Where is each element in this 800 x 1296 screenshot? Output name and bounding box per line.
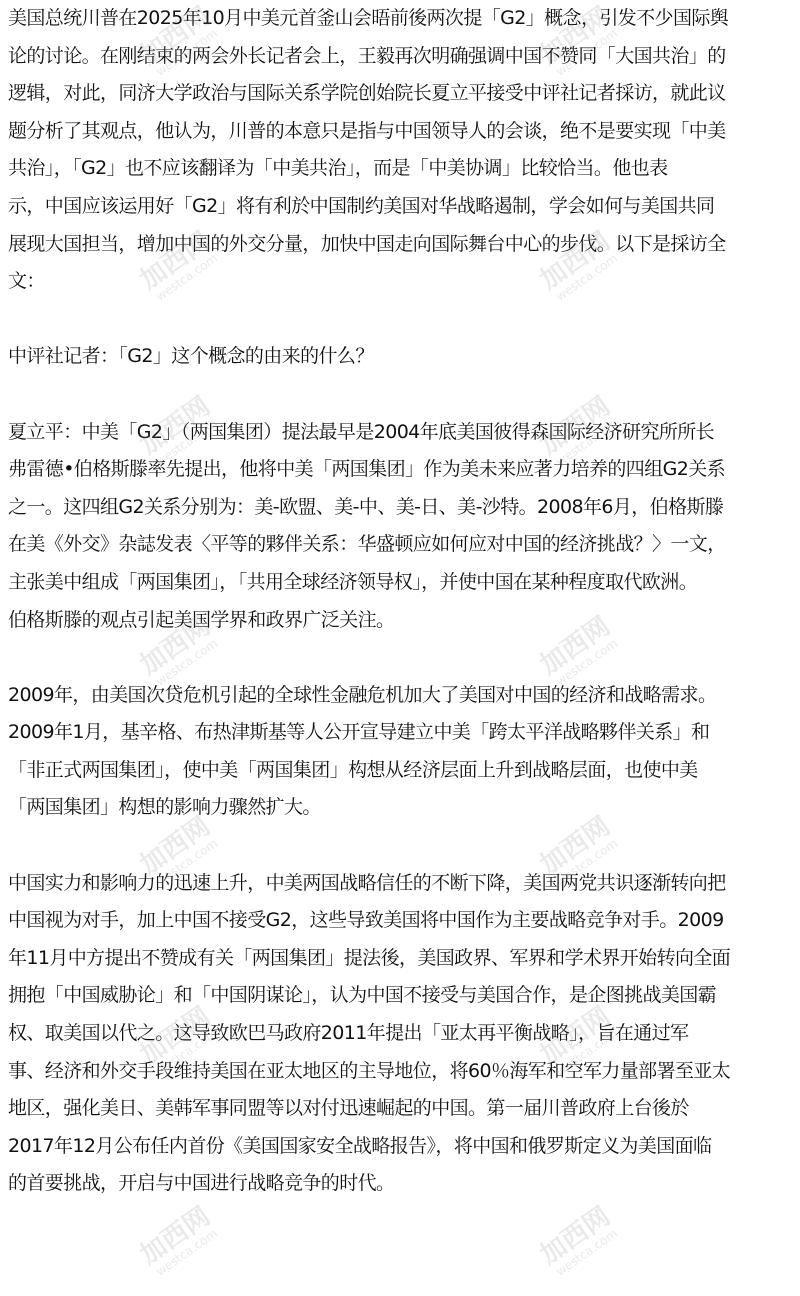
paragraph-strategic-competition: 中国实力和影响力的迅速上升，中美两国战略信任的不断下降，美国两党共识逐渐转向把 … xyxy=(8,865,798,1203)
text-line: 展现大国担当，增加中国的外交分量，加快中国走向国际舞台中心的步伐。以下是採访全 xyxy=(8,226,798,264)
text-line: 2009年1月，基辛格、布热津斯基等人公开宣导建立中美「跨太平洋战略夥伴关系」和 xyxy=(8,714,798,752)
text-line: 之一。这四组G2关系分别为：美-欧盟、美-中、美-日、美-沙特。2008年6月，… xyxy=(8,489,798,527)
text-line: 夏立平：中美「G2」（两国集团）提法最早是2004年底美国彼得森国际经济研究所所… xyxy=(8,414,798,452)
text-line: 事、经济和外交手段维持美国在亚太地区的主导地位，将60％海军和空军力量部署至亚太 xyxy=(8,1053,798,1091)
text-line: 中国实力和影响力的迅速上升，中美两国战略信任的不断下降，美国两党共识逐渐转向把 xyxy=(8,865,798,903)
paragraph-2009: 2009年，由美国次贷危机引起的全球性金融危机加大了美国对中国的经济和战略需求。… xyxy=(8,677,798,827)
paragraph-answer-origin: 夏立平：中美「G2」（两国集团）提法最早是2004年底美国彼得森国际经济研究所所… xyxy=(8,414,798,640)
text-line: 地区，强化美日、美韩军事同盟等以对付迅速崛起的中国。第一届川普政府上台後於 xyxy=(8,1090,798,1128)
text-line: 伯格斯滕的观点引起美国学界和政界广泛关注。 xyxy=(8,602,798,640)
text-line: 论的讨论。在刚结束的两会外长记者会上，王毅再次明确强调中国不赞同「大国共治」的 xyxy=(8,38,798,76)
paragraph-intro: 美国总统川普在2025年10月中美元首釜山会晤前後两次提「G2」概念，引发不少国… xyxy=(8,0,798,301)
text-line: 主张美中组成「两国集团」，「共用全球经济领导权」，并使中国在某种程度取代欧洲。 xyxy=(8,564,798,602)
text-line: 中评社记者：「G2」这个概念的由来的什么？ xyxy=(8,338,798,376)
text-line: 「非正式两国集团」，使中美「两国集团」构想从经济层面上升到战略层面，也使中美 xyxy=(8,752,798,790)
text-line: 文： xyxy=(8,263,798,301)
text-line: 共治」，「G2」也不应该翻译为「中美共治」，而是「中美协调」比较恰当。他也表 xyxy=(8,150,798,188)
text-line: 弗雷德•伯格斯滕率先提出，他将中美「两国集团」作为美未来应著力培养的四组G2关系 xyxy=(8,451,798,489)
article-body: 美国总统川普在2025年10月中美元首釜山会晤前後两次提「G2」概念，引发不少国… xyxy=(8,0,798,1241)
text-line: 的首要挑战，开启与中国进行战略竞争的时代。 xyxy=(8,1165,798,1203)
text-line: 题分析了其观点，他认为，川普的本意只是指与中国领导人的会谈，绝不是要实现「中美 xyxy=(8,113,798,151)
text-line: 「两国集团」构想的影响力骤然扩大。 xyxy=(8,789,798,827)
paragraph-question: 中评社记者：「G2」这个概念的由来的什么？ xyxy=(8,338,798,376)
text-line: 示，中国应该运用好「G2」将有利於中国制约美国对华战略遏制，学会如何与美国共同 xyxy=(8,188,798,226)
text-line: 中国视为对手，加上中国不接受G2，这些导致美国将中国作为主要战略竞争对手。200… xyxy=(8,902,798,940)
text-line: 2017年12月公布任内首份《美国国家安全战略报告》，将中国和俄罗斯定义为美国面… xyxy=(8,1128,798,1166)
text-line: 权、取美国以代之。这导致欧巴马政府2011年提出「亚太再平衡战略」，旨在通过军 xyxy=(8,1015,798,1053)
text-line: 2009年，由美国次贷危机引起的全球性金融危机加大了美国对中国的经济和战略需求。 xyxy=(8,677,798,715)
text-line: 拥抱「中国威胁论」和「中国阴谋论」，认为中国不接受与美国合作，是企图挑战美国霸 xyxy=(8,977,798,1015)
text-line: 逻辑，对此，同济大学政治与国际关系学院创始院长夏立平接受中评社记者採访，就此议 xyxy=(8,75,798,113)
text-line: 在美《外交》杂誌发表〈平等的夥伴关系：华盛顿应如何应对中国的经济挑战？〉一文， xyxy=(8,526,798,564)
text-line: 美国总统川普在2025年10月中美元首釜山会晤前後两次提「G2」概念，引发不少国… xyxy=(8,0,798,38)
text-line: 年11月中方提出不赞成有关「两国集团」提法後，美国政界、军界和学术界开始转向全面 xyxy=(8,940,798,978)
